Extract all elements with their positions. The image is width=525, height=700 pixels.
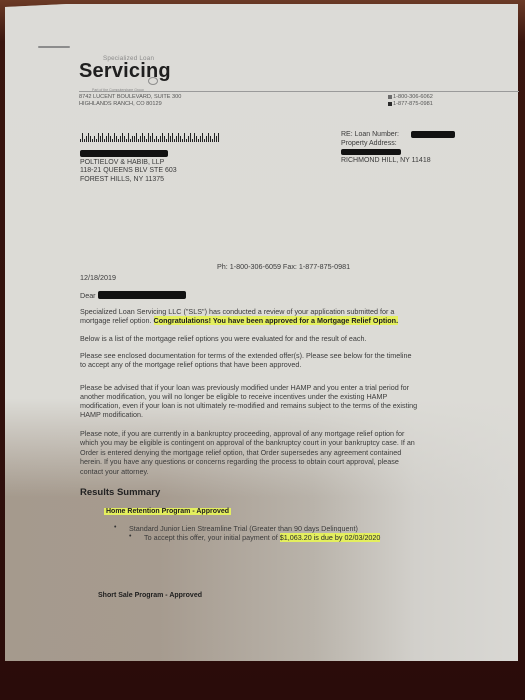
sender-address-line2: HIGHLANDS RANCH, CO 80129: [79, 101, 162, 107]
results-summary-heading: Results Summary: [80, 487, 160, 498]
salutation: Dear: [80, 291, 96, 300]
redacted-recipient-name: [80, 150, 168, 157]
property-city: RICHMOND HILL, NY 11418: [341, 157, 431, 164]
sender-phone: 1-800-306-6062: [388, 94, 433, 100]
paragraph-3-line1: Please see enclosed documentation for te…: [80, 351, 411, 360]
redacted-property-street: [341, 149, 401, 155]
letter-date: 12/18/2019: [80, 273, 116, 282]
postal-barcode: [80, 133, 240, 142]
redacted-addressee: [98, 291, 186, 299]
short-sale-heading: Short Sale Program - Approved: [98, 592, 202, 599]
property-address-label: Property Address:: [341, 140, 397, 147]
recipient-line2: 118-21 QUEENS BLV STE 603: [80, 167, 177, 174]
redacted-loan-number: [411, 131, 455, 138]
paragraph-5-line1: Please note, if you are currently in a b…: [80, 429, 404, 438]
loan-number-label: RE: Loan Number:: [341, 131, 399, 138]
paragraph-5-line5: contact your attorney.: [80, 467, 149, 476]
fax-icon: [388, 102, 392, 106]
phone-icon: [388, 95, 392, 99]
staple: [38, 46, 70, 48]
paragraph-4-line2: another modification, you will no longer…: [80, 392, 387, 401]
paragraph-4-line4: HAMP modification.: [80, 410, 143, 419]
recipient-line3: FOREST HILLS, NY 11375: [80, 176, 164, 183]
approval-highlight: Congratulations! You have been approved …: [154, 316, 399, 325]
paragraph-1-line2: mortgage relief option. Congratulations!…: [80, 316, 398, 325]
home-retention-option: Standard Junior Lien Streamline Trial (G…: [129, 524, 358, 533]
bullet-dot: •: [129, 533, 131, 540]
contact-line: Ph: 1-800-306-6059 Fax: 1-877-875-0981: [217, 262, 350, 271]
logo-swirl-icon: [148, 77, 158, 85]
home-retention-heading: Home Retention Program - Approved: [104, 508, 231, 515]
sender-address-line1: 8742 LUCENT BOULEVARD, SUITE 300: [79, 94, 181, 100]
recipient-line1: POLTIELOV & HABIB, LLP: [80, 159, 164, 166]
paragraph-4-line1: Please be advised that if your loan was …: [80, 383, 409, 392]
paragraph-1-line1: Specialized Loan Servicing LLC ("SLS") h…: [80, 307, 394, 316]
paragraph-5-line2: which you may be eligible is contingent …: [80, 438, 415, 447]
sender-fax: 1-877-875-0981: [388, 101, 433, 107]
payment-instruction: To accept this offer, your initial payme…: [144, 533, 380, 542]
paragraph-2: Below is a list of the mortgage relief o…: [80, 334, 366, 343]
paragraph-5-line4: herein. If you have any questions or con…: [80, 457, 399, 466]
bullet-dot: •: [114, 524, 116, 531]
letterhead-divider: [79, 91, 519, 92]
paragraph-4-line3: modification, even if your loan is not u…: [80, 401, 417, 410]
paragraph-5-line3: Order is entered denying the mortgage re…: [80, 448, 401, 457]
paragraph-3-line2: to accept any of the mortgage relief opt…: [80, 360, 301, 369]
payment-due-highlight: $1,063.20 is due by 02/03/2020: [280, 533, 381, 542]
